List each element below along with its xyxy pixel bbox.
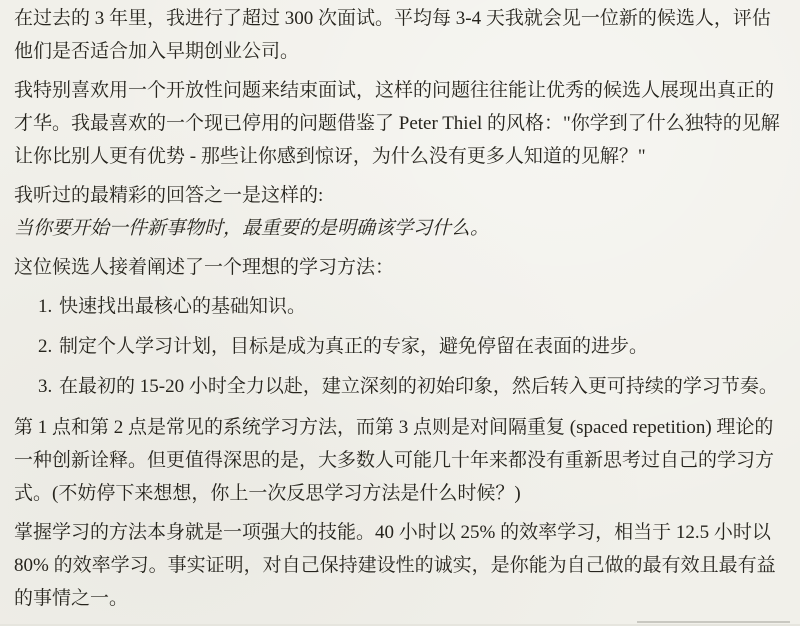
paragraph-analysis: 第 1 点和第 2 点是常见的系统学习方法，而第 3 点则是对间隔重复 (spa… [14, 411, 786, 510]
paragraph-best-answer: 我听过的最精彩的回答之一是这样的: 当你要开始一件新事物时，最重要的是明确该学习… [14, 179, 786, 245]
answer-intro-line: 我听过的最精彩的回答之一是这样的: [14, 179, 786, 212]
paragraph-interviews: 在过去的 3 年里，我进行了超过 300 次面试。平均每 3-4 天我就会见一位… [14, 2, 786, 68]
learning-method-list: 快速找出最核心的基础知识。 制定个人学习计划，目标是成为真正的专家，避免停留在表… [14, 290, 786, 403]
paragraph-method-intro: 这位候选人接着阐述了一个理想的学习方法： [14, 251, 786, 284]
cutoff-element-top-border [637, 621, 790, 623]
method-list-item-2: 制定个人学习计划，目标是成为真正的专家，避免停留在表面的进步。 [57, 330, 786, 363]
method-list-item-3: 在最初的 15-20 小时全力以赴，建立深刻的初始印象，然后转入更可持续的学习节… [57, 370, 786, 403]
article-body: 在过去的 3 年里，我进行了超过 300 次面试。平均每 3-4 天我就会见一位… [0, 0, 800, 615]
answer-quote-line: 当你要开始一件新事物时，最重要的是明确该学习什么。 [14, 212, 786, 245]
method-list-item-1: 快速找出最核心的基础知识。 [57, 290, 786, 323]
paragraph-conclusion: 掌握学习的方法本身就是一项强大的技能。40 小时以 25% 的效率学习，相当于 … [14, 516, 786, 615]
paragraph-favorite-question: 我特别喜欢用一个开放性问题来结束面试，这样的问题往往能让优秀的候选人展现出真正的… [14, 74, 786, 173]
